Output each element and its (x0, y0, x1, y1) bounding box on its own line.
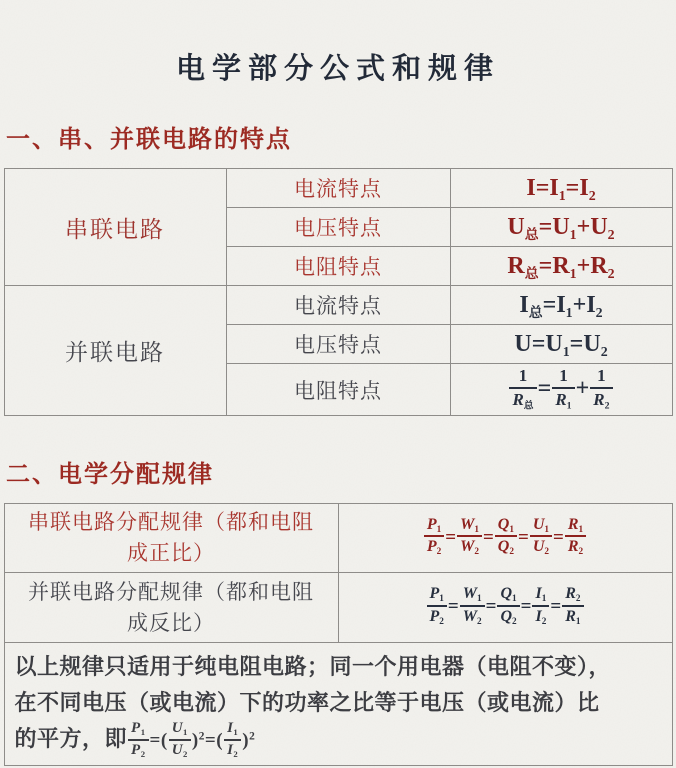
pure-resistance-note: 以上规律只适用于纯电阻电路；同一个用电器（电阻不变）， 在不同电压（或电流）下的… (4, 643, 672, 765)
parallel-distribution-rule-label: 并联电路分配规律（都和电阻成反比） (4, 573, 338, 643)
series-resistance-formula: R总=R1+R2 (450, 247, 672, 286)
parallel-resistance-feature-label: 电阻特点 (226, 364, 450, 416)
series-resistance-feature-label: 电阻特点 (226, 247, 450, 286)
note-line-2: 在不同电压（或电流）下的功率之比等于电压（或电流）比 (15, 690, 600, 715)
distribution-rules-table: 串联电路分配规律（都和电阻成正比） P1P2=W1W2=Q1Q2=U1U2=R1… (4, 503, 673, 765)
parallel-current-feature-label: 电流特点 (226, 286, 450, 325)
section1-heading: 一、串、并联电路的特点 (6, 125, 676, 156)
note-line-3: 的平方，即 (15, 726, 128, 751)
series-voltage-feature-label: 电压特点 (226, 208, 450, 247)
series-distribution-formula: P1P2=W1W2=Q1Q2=U1U2=R1R2 (338, 504, 672, 573)
table-row: 串联电路 电流特点 I=I1=I2 (4, 169, 672, 208)
series-distribution-rule-label: 串联电路分配规律（都和电阻成正比） (4, 504, 338, 573)
parallel-voltage-feature-label: 电压特点 (226, 325, 450, 364)
series-circuit-label: 串联电路 (4, 169, 226, 286)
parallel-voltage-formula: U=U1=U2 (450, 325, 672, 364)
series-current-formula: I=I1=I2 (450, 169, 672, 208)
table-row: 并联电路分配规律（都和电阻成反比） P1P2=W1W2=Q1Q2=I1I2=R2… (4, 573, 672, 643)
series-current-feature-label: 电流特点 (226, 169, 450, 208)
parallel-circuit-label: 并联电路 (4, 286, 226, 416)
note-line-1: 以上规律只适用于纯电阻电路；同一个用电器（电阻不变）， (15, 654, 612, 679)
parallel-resistance-formula: 1R总=1R1+1R2 (450, 364, 672, 416)
series-parallel-table: 串联电路 电流特点 I=I1=I2 电压特点 U总=U1+U2 电阻特点 R总=… (4, 168, 673, 416)
table-row: 串联电路分配规律（都和电阻成正比） P1P2=W1W2=Q1Q2=U1U2=R1… (4, 504, 672, 573)
table-row: 以上规律只适用于纯电阻电路；同一个用电器（电阻不变）， 在不同电压（或电流）下的… (4, 643, 672, 765)
parallel-current-formula: I总=I1+I2 (450, 286, 672, 325)
parallel-distribution-formula: P1P2=W1W2=Q1Q2=I1I2=R2R1 (338, 573, 672, 643)
table-row: 并联电路 电流特点 I总=I1+I2 (4, 286, 672, 325)
power-ratio-formula: P1P2=(U1U2)2=(I1I2)2 (127, 730, 255, 751)
section2-heading: 二、电学分配规律 (6, 460, 676, 491)
page-title: 电学部分公式和规律 (0, 46, 676, 87)
series-voltage-formula: U总=U1+U2 (450, 208, 672, 247)
slide-page: 电学部分公式和规律 一、串、并联电路的特点 串联电路 电流特点 I=I1=I2 … (0, 0, 676, 768)
